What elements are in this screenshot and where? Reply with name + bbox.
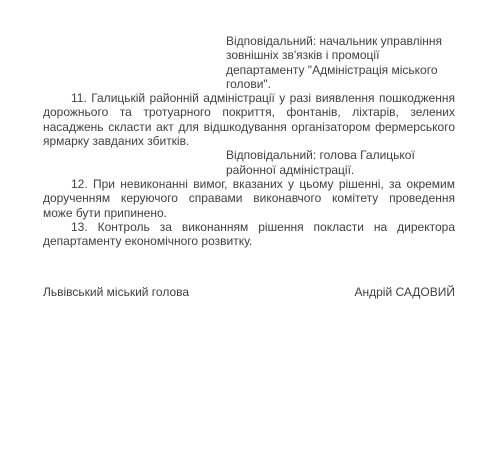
responsible-note-2: Відповідальний: голова Галицької районно…: [226, 148, 455, 177]
note-line: районної адміністрації.: [226, 163, 455, 177]
responsible-note-1: Відповідальний: начальник управління зов…: [226, 34, 455, 91]
note-line: департаменту "Адміністрація міського: [226, 63, 455, 77]
paragraph-line: 13. Контроль за виконанням рішення покла…: [43, 220, 455, 234]
paragraph-line: департаменту економічного розвитку.: [43, 234, 455, 248]
paragraph-line: ярмарку завданих збитків.: [43, 134, 455, 148]
paragraph-line: насаджень скласти акт для відшкодування …: [43, 120, 455, 134]
paragraph-line: дорученням керуючого справами виконавчог…: [43, 191, 455, 205]
paragraph-12: 12. При невиконанні вимог, вказаних у ць…: [43, 177, 455, 220]
signature-row: Львівський міський голова Андрій САДОВИЙ: [43, 285, 455, 299]
note-line: голови".: [226, 77, 455, 91]
note-line: зовнішніх зв'язків і промоції: [226, 48, 455, 62]
paragraph-line: 11. Галицькій районній адміністрації у р…: [43, 91, 455, 105]
signature-title: Львівський міський голова: [43, 285, 189, 299]
document-content: Відповідальний: начальник управління зов…: [43, 34, 455, 300]
paragraph-line: дорожнього та тротуарного покриття, фонт…: [43, 105, 455, 119]
paragraph-line: може бути припинено.: [43, 206, 455, 220]
paragraph-11: 11. Галицькій районній адміністрації у р…: [43, 91, 455, 148]
signature-name: Андрій САДОВИЙ: [354, 285, 455, 299]
note-line: Відповідальний: голова Галицької: [226, 148, 455, 162]
paragraph-13: 13. Контроль за виконанням рішення покла…: [43, 220, 455, 249]
document-page: Відповідальний: начальник управління зов…: [0, 0, 480, 467]
paragraph-line: 12. При невиконанні вимог, вказаних у ць…: [43, 177, 455, 191]
note-line: Відповідальний: начальник управління: [226, 34, 455, 48]
